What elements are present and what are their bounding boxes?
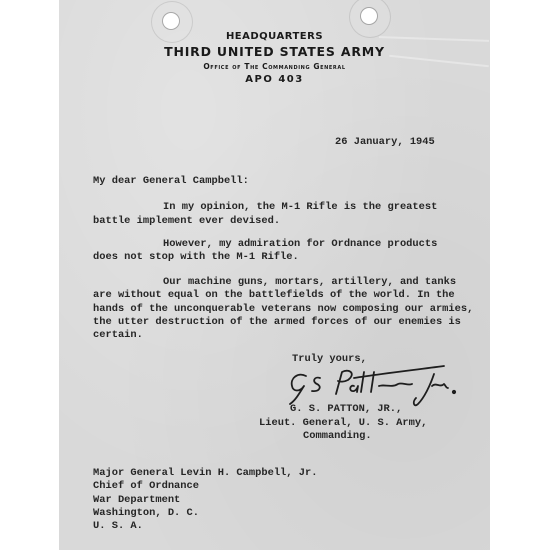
letter-page: HEADQUARTERS THIRD UNITED STATES ARMY Of… bbox=[59, 0, 490, 550]
letterhead-army: THIRD UNITED STATES ARMY bbox=[59, 44, 490, 59]
body-line: battle implement ever devised. bbox=[93, 215, 280, 228]
body-line: does not stop with the M-1 Rifle. bbox=[93, 251, 299, 264]
punch-hole-right bbox=[361, 8, 377, 24]
signer-title: Lieut. General, U. S. Army, bbox=[259, 417, 427, 430]
recipient-country: U. S. A. bbox=[93, 520, 143, 533]
recipient-name: Major General Levin H. Campbell, Jr. bbox=[93, 467, 317, 480]
letterhead-apo: APO 403 bbox=[59, 74, 490, 85]
letter-date: 26 January, 1945 bbox=[335, 136, 435, 149]
body-line: However, my admiration for Ordnance prod… bbox=[163, 238, 437, 251]
body-line: certain. bbox=[93, 329, 143, 342]
body-line: In my opinion, the M-1 Rifle is the grea… bbox=[163, 201, 437, 214]
signer-name: G. S. PATTON, JR., bbox=[290, 403, 402, 416]
body-line: the utter destruction of the armed force… bbox=[93, 316, 461, 329]
letterhead-headquarters: HEADQUARTERS bbox=[59, 31, 490, 42]
body-line: Our machine guns, mortars, artillery, an… bbox=[163, 276, 456, 289]
punch-hole-left bbox=[163, 13, 179, 29]
body-line: hands of the unconquerable veterans now … bbox=[93, 303, 473, 316]
salutation: My dear General Campbell: bbox=[93, 175, 249, 188]
recipient-office: Chief of Ordnance bbox=[93, 480, 199, 493]
body-line: are without equal on the battlefields of… bbox=[93, 289, 455, 302]
recipient-city: Washington, D. C. bbox=[93, 507, 199, 520]
recipient-department: War Department bbox=[93, 494, 180, 507]
letterhead-office: Office of The Commanding General bbox=[59, 62, 490, 71]
signer-role: Commanding. bbox=[303, 430, 372, 443]
